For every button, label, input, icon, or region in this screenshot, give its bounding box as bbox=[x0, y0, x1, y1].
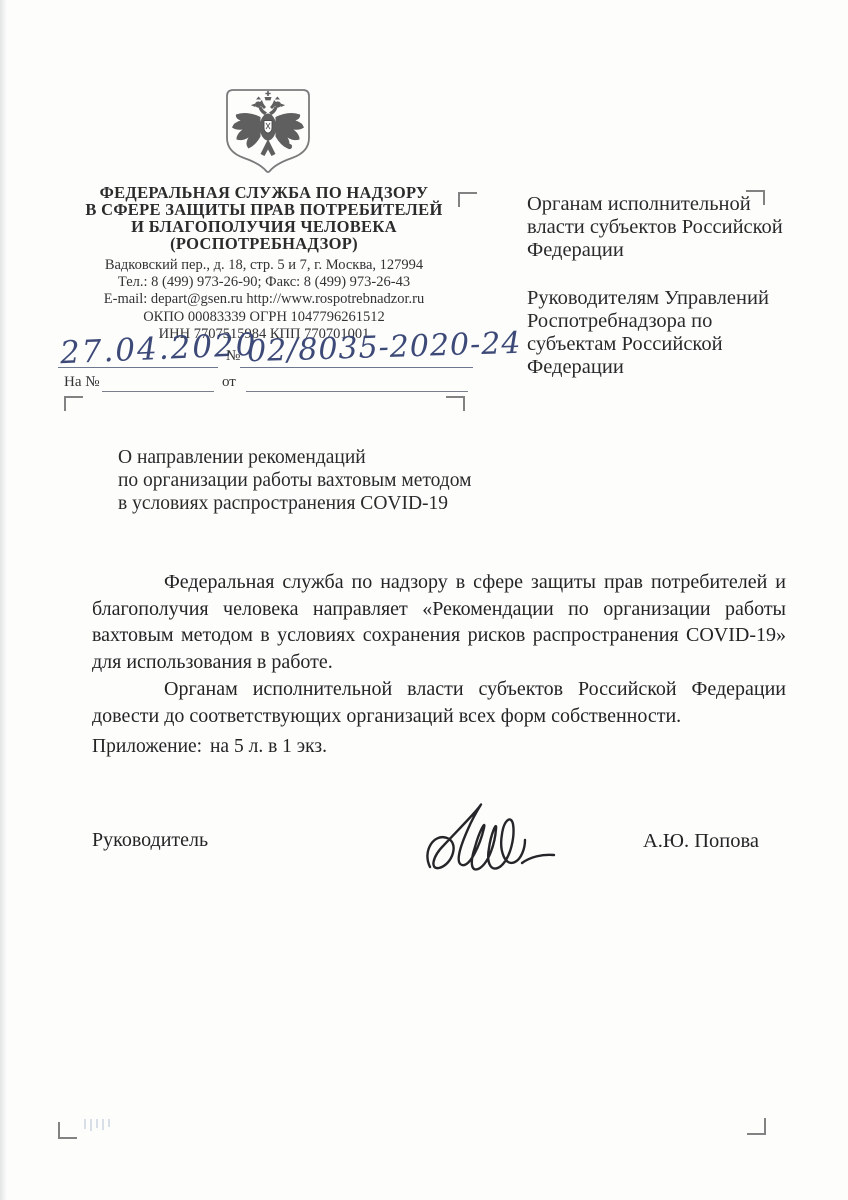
page-corner-bottom-right bbox=[747, 1118, 766, 1135]
contact-okpo-ogrn: ОКПО 00083339 ОГРН 1047796261512 bbox=[58, 309, 470, 326]
form-zone-corner-top-right bbox=[446, 396, 465, 411]
org-name-line: В СФЕРЕ ЗАЩИТЫ ПРАВ ПОТРЕБИТЕЛЕЙ bbox=[58, 201, 470, 218]
org-name-line: И БЛАГОПОЛУЧИЯ ЧЕЛОВЕКА bbox=[58, 218, 470, 235]
letterhead-org-name: ФЕДЕРАЛЬНАЯ СЛУЖБА ПО НАДЗОРУ В СФЕРЕ ЗА… bbox=[58, 184, 470, 252]
contact-address: Вадковский пер., д. 18, стр. 5 и 7, г. М… bbox=[58, 257, 470, 274]
subject-line: О направлении рекомендаций bbox=[118, 446, 478, 469]
number-underline bbox=[240, 367, 473, 368]
subject-line: в условиях распространения COVID-19 bbox=[118, 492, 478, 515]
recipient-line: Федерации bbox=[527, 356, 787, 379]
signature bbox=[420, 787, 570, 892]
signer-name: А.Ю. Попова bbox=[643, 830, 759, 853]
recipient-line: субъектам Российской bbox=[527, 333, 787, 356]
scanned-letter-page: ФЕДЕРАЛЬНАЯ СЛУЖБА ПО НАДЗОРУ В СФЕРЕ ЗА… bbox=[0, 0, 848, 1200]
letter-body: Федеральная служба по надзору в сфере за… bbox=[92, 569, 786, 729]
attachment-label: Приложение: bbox=[92, 736, 202, 757]
attachment-value: на 5 л. в 1 экз. bbox=[210, 736, 327, 758]
scan-artifact-marks bbox=[84, 1119, 154, 1135]
scan-edge-shadow bbox=[0, 0, 7, 1200]
recipient-line: Органам исполнительной bbox=[527, 193, 787, 216]
date-underline bbox=[58, 367, 218, 368]
org-name-line: ФЕДЕРАЛЬНАЯ СЛУЖБА ПО НАДЗОРУ bbox=[58, 184, 470, 201]
recipient-line: Федерации bbox=[527, 239, 787, 262]
recipient-group-heads: Руководителям Управлений Роспотребнадзор… bbox=[527, 287, 787, 380]
signer-title: Руководитель bbox=[92, 829, 208, 852]
recipient-line: Роспотребнадзора по bbox=[527, 310, 787, 333]
recipient-zone-corner-top-left bbox=[458, 192, 477, 207]
recipient-line: власти субъектов Российской bbox=[527, 216, 787, 239]
contact-phone-fax: Тел.: 8 (499) 973-26-90; Факс: 8 (499) 9… bbox=[58, 274, 470, 291]
form-zone-corner-top-left bbox=[64, 396, 83, 411]
page-corner-bottom-left bbox=[58, 1122, 77, 1139]
reply-from-label: от bbox=[222, 374, 236, 391]
handwritten-outgoing-number: 02/8035-2020-24 bbox=[247, 326, 522, 370]
attachment-line: Приложение: на 5 л. в 1 экз. bbox=[92, 736, 592, 758]
recipient-block: Органам исполнительной власти субъектов … bbox=[527, 193, 787, 379]
reply-number-blank bbox=[102, 391, 214, 392]
number-sign: № bbox=[226, 348, 240, 365]
coat-of-arms-icon bbox=[222, 88, 314, 178]
reply-date-blank bbox=[246, 391, 468, 392]
org-name-line: (РОСПОТРЕБНАДЗОР) bbox=[58, 235, 470, 252]
body-paragraph: Органам исполнительной власти субъектов … bbox=[92, 676, 786, 729]
subject-line: по организации работы вахтовым методом bbox=[118, 469, 478, 492]
body-paragraph: Федеральная служба по надзору в сфере за… bbox=[92, 569, 786, 676]
recipient-line: Руководителям Управлений bbox=[527, 287, 787, 310]
reply-number-label: На № bbox=[64, 374, 100, 391]
contact-email-web: E-mail: depart@gsen.ru http://www.rospot… bbox=[58, 291, 470, 308]
letter-subject: О направлении рекомендаций по организаци… bbox=[118, 446, 478, 516]
recipient-group-authorities: Органам исполнительной власти субъектов … bbox=[527, 193, 787, 263]
